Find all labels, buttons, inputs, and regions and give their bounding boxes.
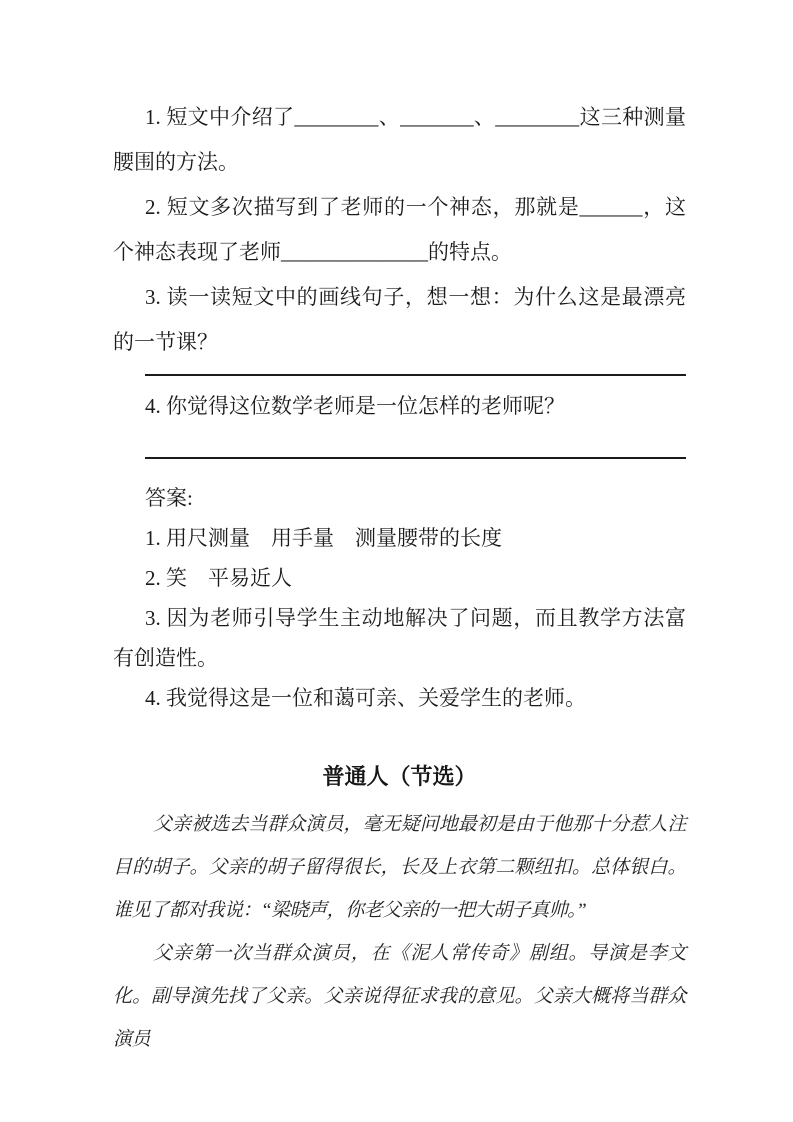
answer-line-q4 xyxy=(145,429,686,459)
answer-3: 3. 因为老师引导学生主动地解决了问题，而且教学方法富有创造性。 xyxy=(113,598,686,678)
passage-paragraph-2: 父亲第一次当群众演员，在《泥人常传奇》剧组。导演是李文化。副导演先找了父亲。父亲… xyxy=(113,932,686,1061)
answer-2: 2. 笑 平易近人 xyxy=(113,558,686,598)
worksheet-page: 1. 短文中介绍了________、_______、________这三种测量腰… xyxy=(0,0,793,1122)
answer-4: 4. 我觉得这是一位和蔼可亲、关爱学生的老师。 xyxy=(113,678,686,718)
answers-label: 答案: xyxy=(113,478,686,518)
question-1: 1. 短文中介绍了________、_______、________这三种测量腰… xyxy=(113,95,686,185)
passage-section: 普通人（节选） 父亲被选去当群众演员，毫无疑问地最初是由于他那十分惹人注目的胡子… xyxy=(113,754,686,1061)
question-2: 2. 短文多次描写到了老师的一个神态，那就是______，这个神态表现了老师__… xyxy=(113,185,686,275)
answer-line-q3 xyxy=(145,365,686,376)
answer-1: 1. 用尺测量 用手量 测量腰带的长度 xyxy=(113,518,686,558)
questions-section: 1. 短文中介绍了________、_______、________这三种测量腰… xyxy=(113,95,686,459)
passage-paragraph-1: 父亲被选去当群众演员，毫无疑问地最初是由于他那十分惹人注目的胡子。父亲的胡子留得… xyxy=(113,803,686,932)
question-3: 3. 读一读短文中的画线句子，想一想：为什么这是最漂亮的一节课？ xyxy=(113,275,686,365)
question-4: 4. 你觉得这位数学老师是一位怎样的老师呢？ xyxy=(113,384,686,429)
answers-section: 答案: 1. 用尺测量 用手量 测量腰带的长度 2. 笑 平易近人 3. 因为老… xyxy=(113,478,686,718)
passage-title: 普通人（节选） xyxy=(113,754,686,799)
